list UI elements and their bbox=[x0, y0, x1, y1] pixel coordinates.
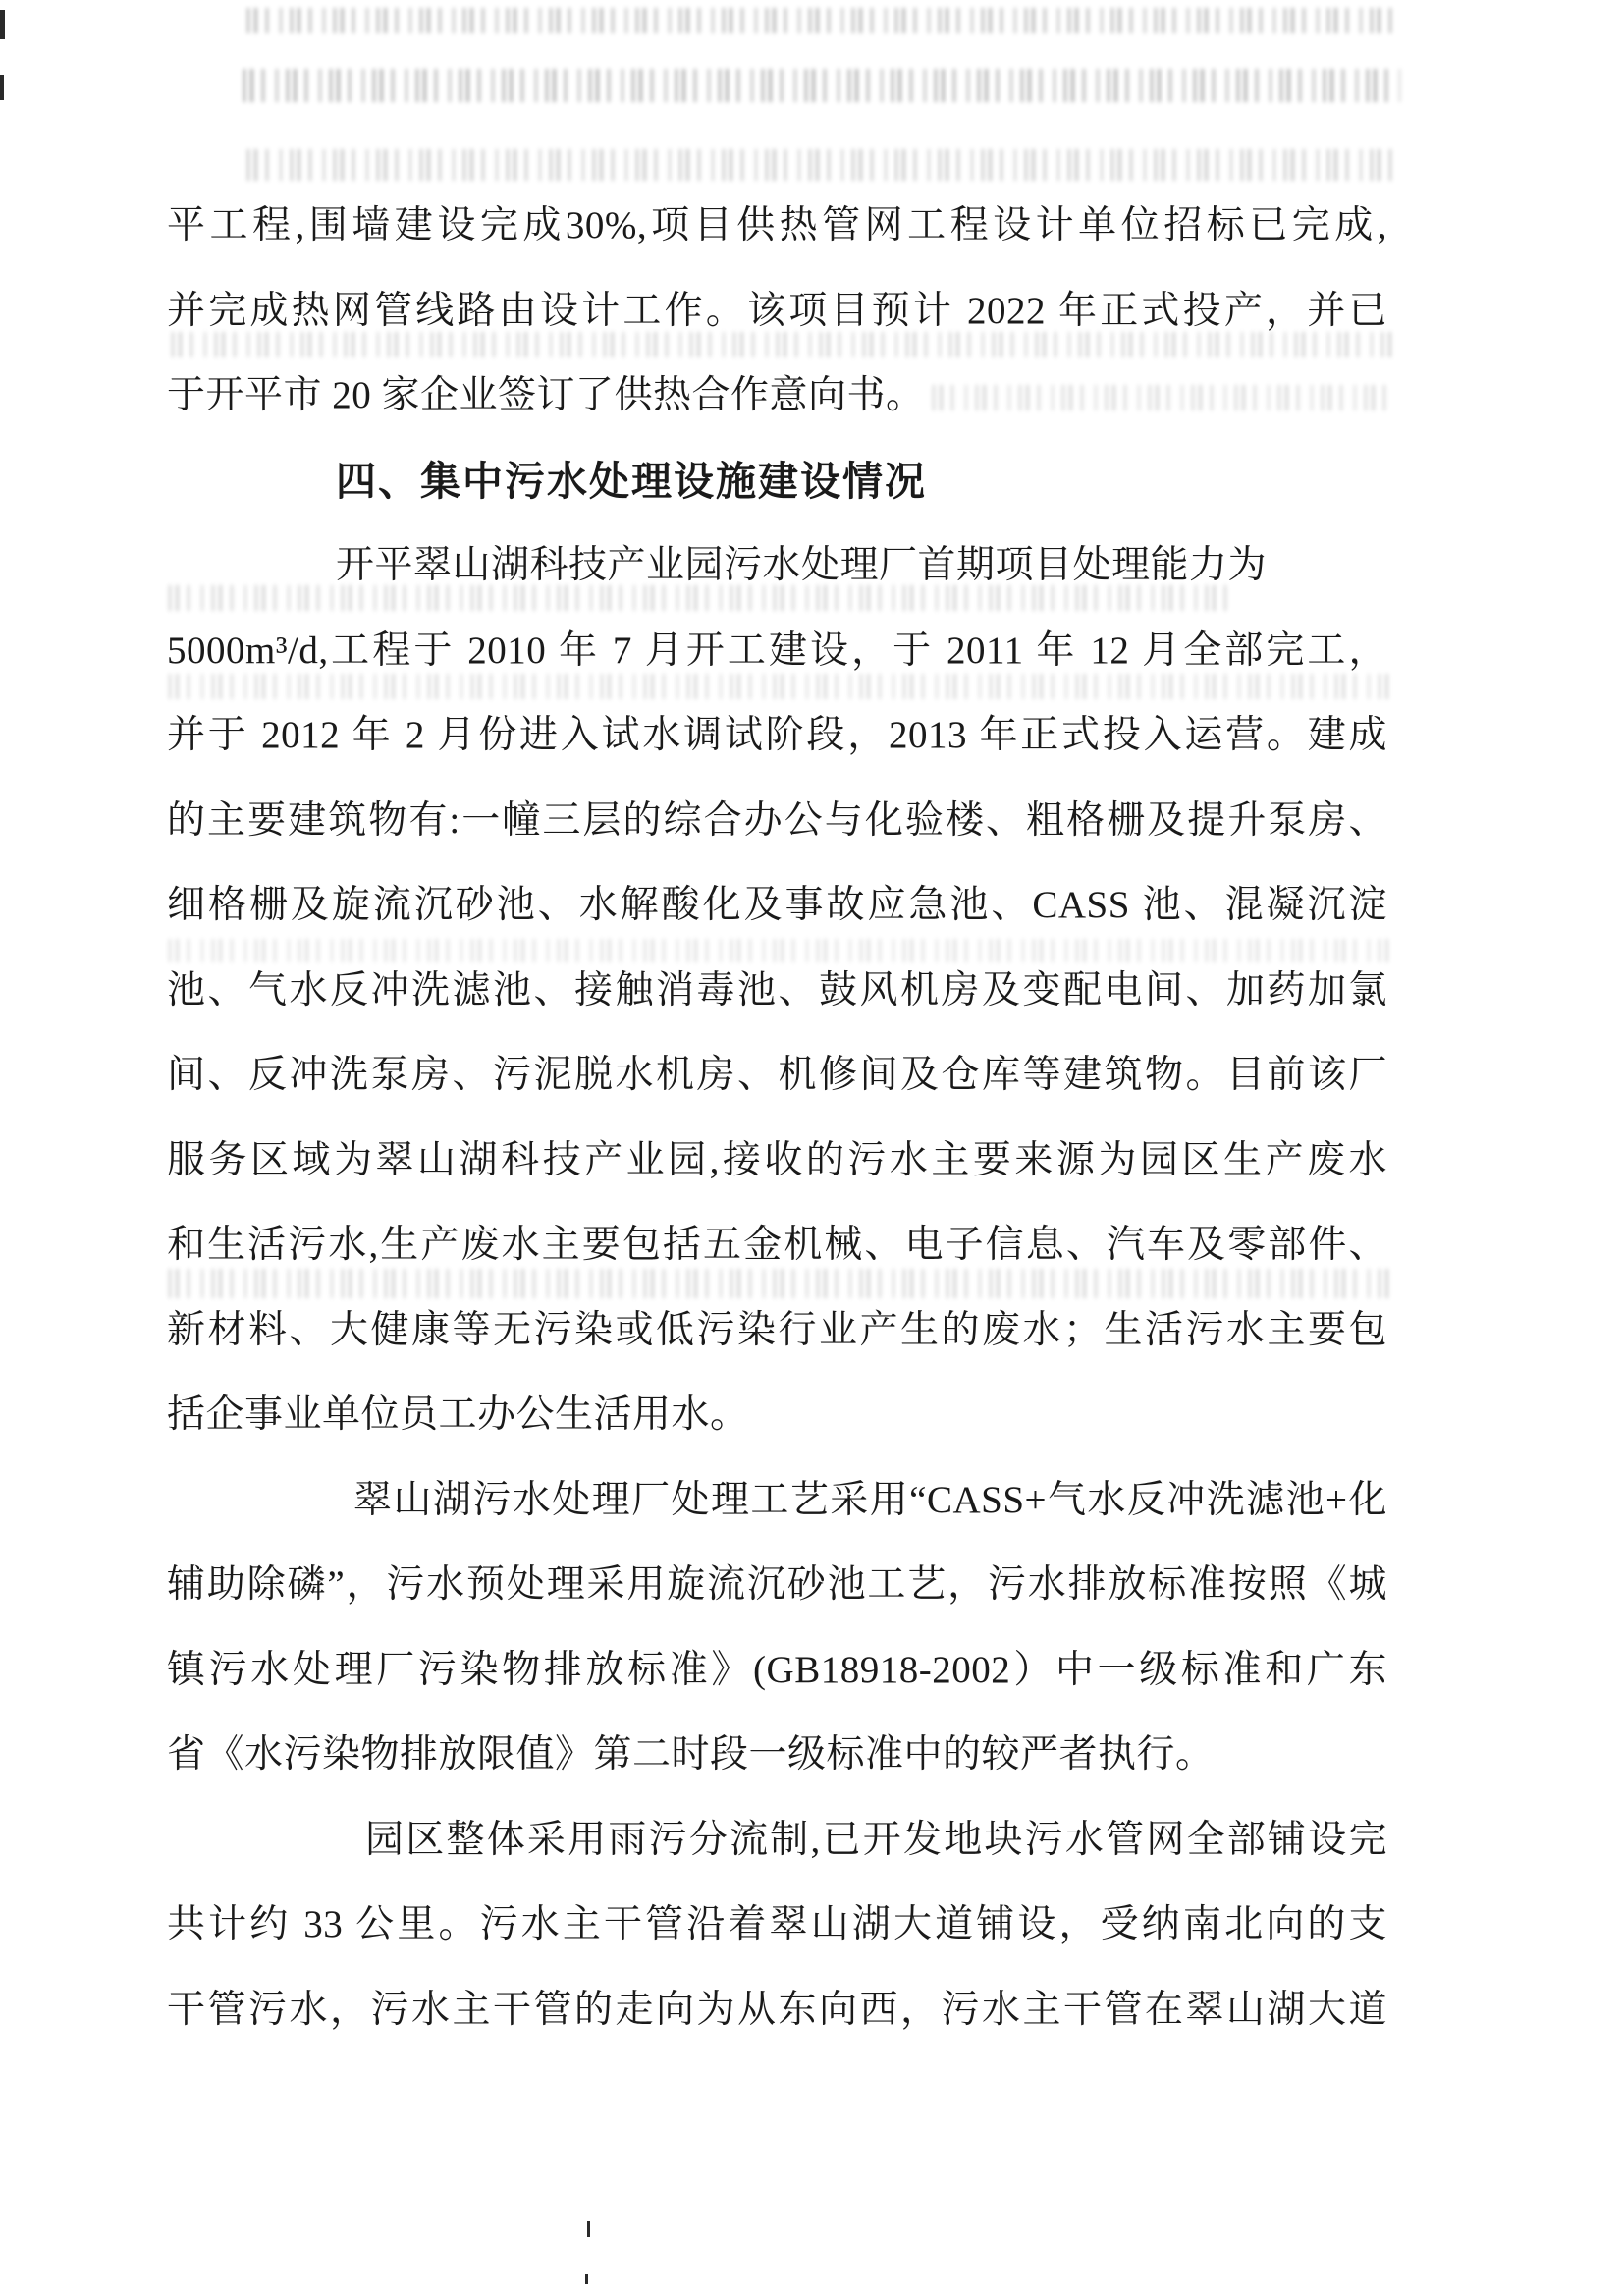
body-line: 池、气水反冲洗滤池、接触消毒池、鼓风机房及变配电间、加药加氯 bbox=[167, 949, 1387, 1034]
body-line: 并于 2012 年 2 月份进入试水调试阶段，2013 年正式投入运营。建成 bbox=[167, 693, 1387, 779]
document-body: 平工程,围墙建设完成30%,项目供热管网工程设计单位招标已完成, 并完成热网管线… bbox=[167, 184, 1387, 2052]
scan-speck bbox=[585, 2274, 588, 2284]
body-line: 平工程,围墙建设完成30%,项目供热管网工程设计单位招标已完成, bbox=[167, 184, 1387, 269]
body-line: 干管污水，污水主干管的走向为从东向西，污水主干管在翠山湖大道 bbox=[167, 1968, 1387, 2053]
body-line: 辅助除磷”，污水预处理采用旋流沉砂池工艺，污水排放标准按照《城 bbox=[167, 1543, 1387, 1628]
paragraph-treatment-process: 翠山湖污水处理厂处理工艺采用“CASS+气水反冲洗滤池+化学 辅助除磷”，污水预… bbox=[167, 1458, 1387, 1798]
scan-speck bbox=[0, 75, 4, 100]
document-page: 平工程,围墙建设完成30%,项目供热管网工程设计单位招标已完成, 并完成热网管线… bbox=[0, 0, 1623, 2296]
body-line: 和生活污水,生产废水主要包括五金机械、电子信息、汽车及零部件、 bbox=[167, 1203, 1387, 1288]
body-line: 园区整体采用雨污分流制,已开发地块污水管网全部铺设完成， bbox=[167, 1798, 1387, 1884]
body-line: 5000m³/d,工程于 2010 年 7 月开工建设，于 2011 年 12 … bbox=[167, 609, 1387, 694]
body-line: 间、反冲洗泵房、污泥脱水机房、机修间及仓库等建筑物。目前该厂 bbox=[167, 1033, 1387, 1119]
body-line: 共计约 33 公里。污水主干管沿着翠山湖大道铺设，受纳南北向的支 bbox=[167, 1883, 1387, 1968]
scan-speck bbox=[0, 10, 5, 39]
body-line: 于开平市 20 家企业签订了供热合作意向书。 bbox=[167, 354, 1387, 439]
body-line: 的主要建筑物有:一幢三层的综合办公与化验楼、粗格栅及提升泵房、 bbox=[167, 779, 1387, 864]
bleed-through-artifact bbox=[247, 149, 1396, 181]
body-line: 并完成热网管线路由设计工作。该项目预计 2022 年正式投产，并已 bbox=[167, 269, 1387, 355]
body-line: 新材料、大健康等无污染或低污染行业产生的废水；生活污水主要包 bbox=[167, 1288, 1387, 1374]
paragraph-pipe-network: 园区整体采用雨污分流制,已开发地块污水管网全部铺设完成， 共计约 33 公里。污… bbox=[167, 1798, 1387, 2053]
paragraph-heating-project: 平工程,围墙建设完成30%,项目供热管网工程设计单位招标已完成, 并完成热网管线… bbox=[167, 184, 1387, 439]
body-line: 开平翠山湖科技产业园污水处理厂首期项目处理能力为 bbox=[167, 523, 1387, 609]
section-heading: 四、集中污水处理设施建设情况 bbox=[167, 439, 1387, 524]
body-line: 服务区域为翠山湖科技产业园,接收的污水主要来源为园区生产废水 bbox=[167, 1119, 1387, 1204]
bleed-through-artifact bbox=[247, 8, 1396, 33]
body-line: 括企事业单位员工办公生活用水。 bbox=[167, 1373, 1387, 1458]
body-line: 翠山湖污水处理厂处理工艺采用“CASS+气水反冲洗滤池+化学 bbox=[167, 1458, 1387, 1544]
body-line: 镇污水处理厂污染物排放标准》(GB18918-2002）中一级标准和广东 bbox=[167, 1628, 1387, 1714]
scan-speck bbox=[587, 2221, 590, 2237]
paragraph-wwtp-construction: 开平翠山湖科技产业园污水处理厂首期项目处理能力为 5000m³/d,工程于 20… bbox=[167, 523, 1387, 1458]
bleed-through-artifact bbox=[243, 69, 1400, 102]
body-line: 省《水污染物排放限值》第二时段一级标准中的较严者执行。 bbox=[167, 1713, 1387, 1798]
body-line: 细格栅及旋流沉砂池、水解酸化及事故应急池、CASS 池、混凝沉淀 bbox=[167, 863, 1387, 949]
